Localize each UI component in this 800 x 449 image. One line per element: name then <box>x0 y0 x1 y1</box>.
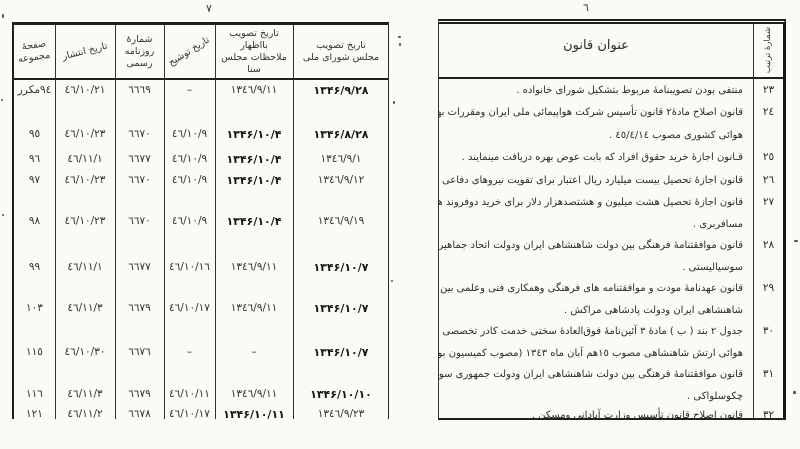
header-divider <box>439 77 783 79</box>
majlis-date: ۱۳۴۶/۱۰/۱۰ <box>293 387 389 402</box>
assent-date: ٤٦/١٠/١٦ <box>164 260 215 275</box>
header-royal-assent: تاريخ توشيح <box>164 25 215 78</box>
scan-speck <box>399 43 401 46</box>
scan-speck <box>1 99 3 101</box>
law-serial: ٢٧ <box>753 195 784 210</box>
header-line: رسمى <box>127 58 153 70</box>
assent-date: – <box>164 83 215 98</box>
law-serial: ٣١ <box>753 367 784 382</box>
scan-speck <box>398 36 401 38</box>
scan-speck <box>391 280 393 282</box>
senate-date: ۱۳۴۶/۱۰/۴ <box>215 173 293 188</box>
law-title: مسافربرى . <box>693 217 743 232</box>
assent-date: ٤٦/١٠/٩ <box>164 152 215 167</box>
publish-date: ٤٦/١١/١ <box>55 152 115 167</box>
header-line: تاريخ تصويب <box>316 40 366 52</box>
publish-date: ٤٦/١٠/٢٣ <box>55 173 115 188</box>
senate-date: ۱۳۴۶/۱۰/۴ <box>215 214 293 229</box>
majlis-date: ۱۳۴۶/۱۰/۷ <box>293 301 389 316</box>
publish-date: ٤٦/١٠/٣٠ <box>55 345 115 360</box>
header-collection-page: صفحهٔ مجموعه <box>14 25 55 78</box>
law-serial: ٢٣ <box>753 83 784 98</box>
header-line: تاريخ توشيح <box>167 34 213 69</box>
senate-date: ١٣٤٦/٩/١١ <box>215 387 293 402</box>
senate-date: ۱۳۴۶/۱۰/۱۱ <box>215 407 293 422</box>
right-titles-table: عنوان قانون شمارهٔ ترتيب ٢٣ منتفى بودن ت… <box>438 19 786 420</box>
assent-date: ٤٦/١٠/٩ <box>164 127 215 142</box>
gazette-no: ٦٦٧٠ <box>115 214 164 229</box>
header-publication-date: تاريخ انتشار <box>55 25 115 78</box>
assent-date: – <box>164 345 215 360</box>
header-divider <box>14 78 388 80</box>
assent-date: ٤٦/١٠/١١ <box>164 387 215 402</box>
header-serial-number: شمارهٔ ترتيب <box>753 26 784 74</box>
collection-page: ٩٦ <box>14 152 55 167</box>
collection-page: ٩٥ <box>14 127 55 142</box>
law-title: منتفى بودن تصويبنامهٔ مربوط بتشكيل شوراى… <box>516 83 743 98</box>
left-dates-table: تاريخ تصويب مجلس شوراى ملى تاريخ تصويب ب… <box>12 22 389 419</box>
gazette-no: ٦٦٧٧ <box>115 152 164 167</box>
collection-page: ١٢١ <box>14 407 55 422</box>
publish-date: ٤٦/١٠/٢١ <box>55 83 115 98</box>
gazette-no: ٦٦٧٠ <box>115 173 164 188</box>
majlis-date: ١٣٤٦/٩/١ <box>293 152 389 167</box>
publish-date: ٤٦/١١/١ <box>55 260 115 275</box>
header-majlis-approval: تاريخ تصويب مجلس شوراى ملى <box>293 25 389 78</box>
collection-page: ١١٦ <box>14 387 55 402</box>
assent-date: ٤٦/١٠/٩ <box>164 173 215 188</box>
law-serial: ٢٨ <box>753 238 784 253</box>
senate-date: ١٣٤٦/٩/١١ <box>215 83 293 98</box>
scan-speck <box>794 240 798 242</box>
gazette-scan: ٧ ٦ تاريخ تصويب مجلس شوراى ملى تاريخ تصو… <box>0 0 800 449</box>
collection-page: ١١٥ <box>14 345 55 360</box>
publish-date: ٤٦/١٠/٢٣ <box>55 214 115 229</box>
gazette-no: ٦٦٧٩ <box>115 301 164 316</box>
law-title: هوائى كشورى مصوب ٤٥/٤/١٤ . <box>609 128 743 143</box>
law-title: قانون موافقتنامهٔ فرهنگى بين دولت شاهنشا… <box>438 238 743 253</box>
gazette-no: ٦٦٧٩ <box>115 387 164 402</box>
left-page-number: ٧ <box>206 2 212 15</box>
law-title: شاهنشاهى ايران ودولت پادشاهى مراكش . <box>564 303 743 318</box>
law-serial: ٢٦ <box>753 173 784 188</box>
law-title: قانون اجازهٔ تحصيل بيست ميليارد ريال اعت… <box>438 173 743 188</box>
scan-speck <box>2 14 4 18</box>
header-senate-approval: تاريخ تصويب بااظهار ملاحظات مجلس سنا <box>215 25 293 78</box>
scan-speck <box>2 214 4 216</box>
senate-date: ۱۳۴۶/۱۰/۴ <box>215 127 293 142</box>
publish-date: ٤٦/١١/٢ <box>55 407 115 422</box>
header-line: شمارهٔ روزنامه <box>115 34 164 58</box>
assent-date: ٤٦/١٠/٩ <box>164 214 215 229</box>
gazette-no: ٦٦٧٦ <box>115 345 164 360</box>
law-title: قانون عهدنامهٔ مودت و موافقتنامه هاى فره… <box>438 281 743 296</box>
law-serial: ٢٩ <box>753 281 784 296</box>
header-serial-label: شمارهٔ ترتيب <box>764 27 774 73</box>
gazette-no: ٦٦٦٩ <box>115 83 164 98</box>
header-line: تاريخ تصويب بااظهار <box>215 28 293 52</box>
collection-page: ٩٧ <box>14 173 55 188</box>
law-serial: ٢٤ <box>753 105 784 120</box>
collection-page: ٩٨ <box>14 214 55 229</box>
senate-date: ١٣٤٦/٩/١١ <box>215 301 293 316</box>
law-title: قانون اجازهٔ تحصيل هشت ميليون و هشتصدهزا… <box>438 195 743 210</box>
law-title: هوائى ارتش شاهنشاهى مصوب ١٥هم آبان ماه ١… <box>438 346 743 361</box>
collection-page: ١٠٣ <box>14 301 55 316</box>
assent-date: ٤٦/١٠/١٧ <box>164 407 215 422</box>
header-law-title: عنوان قانون <box>439 38 753 53</box>
law-title: قانون اصلاح مادهٔ٢ قانون تأسيس شركت هواپ… <box>438 105 743 120</box>
law-title: قـانون اجازهٔ خريد حقوق افراد كه بابت عو… <box>462 150 743 165</box>
gazette-no: ٦٦٧٨ <box>115 407 164 422</box>
majlis-date: ۱۳۴۶/۹/۲۸ <box>293 83 389 98</box>
senate-date: – <box>215 345 293 360</box>
gazette-no: ٦٦٧٠ <box>115 127 164 142</box>
publish-date: ٤٦/١١/٣ <box>55 301 115 316</box>
majlis-date: ١٣٤٦/٩/٢٣ <box>293 407 389 422</box>
header-line: ملاحظات مجلس سنا <box>215 52 293 76</box>
law-title: چكوسلواكى . <box>687 389 743 404</box>
scan-speck <box>393 101 395 104</box>
law-serial: ٣٢ <box>753 408 784 420</box>
majlis-date: ۱۳۴۶/۱۰/۷ <box>293 345 389 360</box>
publish-date: ٤٦/١١/٣ <box>55 387 115 402</box>
scan-speck <box>793 391 796 394</box>
publish-date: ٤٦/١٠/٢٣ <box>55 127 115 142</box>
collection-page: ٩٩ <box>14 260 55 275</box>
law-title: سوسياليستى . <box>682 260 743 275</box>
majlis-date: ۱۳۴۶/۱۰/۷ <box>293 260 389 275</box>
law-serial: ٣٠ <box>753 324 784 339</box>
senate-date: ١٣٤٦/٩/١١ <box>215 260 293 275</box>
header-gazette-number: شمارهٔ روزنامه رسمى <box>115 25 164 78</box>
law-title: قانون موافقتنامهٔ فرهنگى بين دولت شاهنشا… <box>438 367 743 382</box>
majlis-date: ١٣٤٦/٩/١٩ <box>293 214 389 229</box>
law-serial: ٢٥ <box>753 150 784 165</box>
collection-page: ٩٤مكرر <box>14 83 55 98</box>
assent-date: ٤٦/١٠/١٧ <box>164 301 215 316</box>
right-page-number: ٦ <box>583 1 589 14</box>
majlis-date: ۱۳۴۶/۸/۲۸ <box>293 127 389 142</box>
majlis-date: ١٣٤٦/٩/١٢ <box>293 173 389 188</box>
law-title: قانون اصلاح قانون تأسيس وزارت آبادانى وم… <box>532 408 743 420</box>
header-line: مجلس شوراى ملى <box>303 52 379 64</box>
header-line: تاريخ انتشار <box>61 40 109 63</box>
gazette-no: ٦٦٧٧ <box>115 260 164 275</box>
senate-date: ۱۳۴۶/۱۰/۴ <box>215 152 293 167</box>
law-title: جدول ٢ بند ( ب ) مادهٔ ٣ آئين‌نامهٔ فوق‌… <box>438 324 743 339</box>
